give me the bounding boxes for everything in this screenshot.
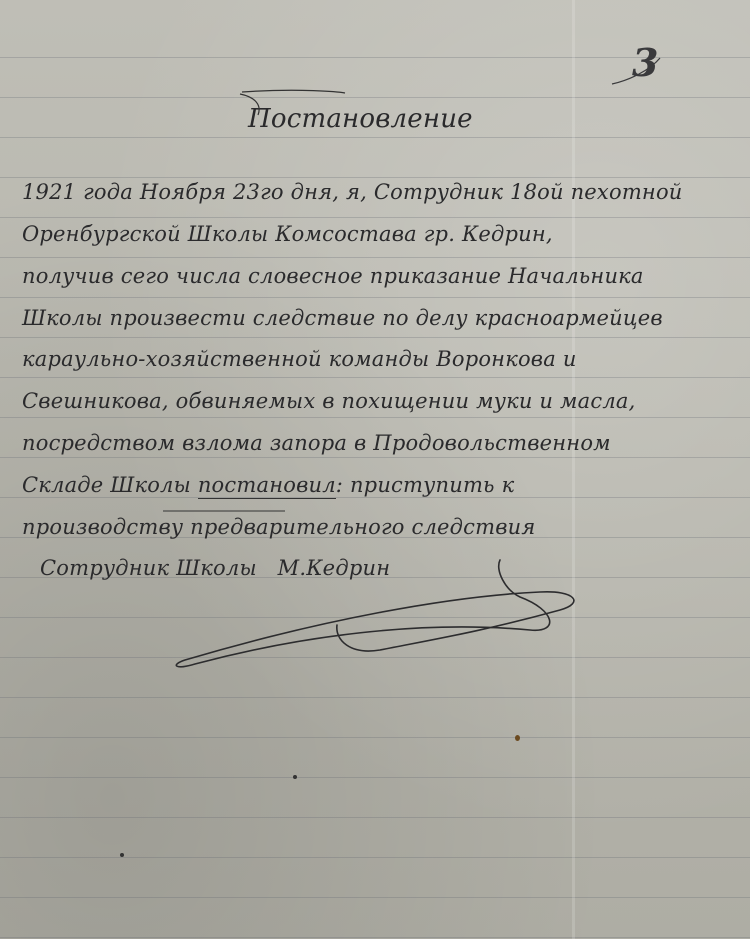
document-page: 3 Постановление 1921 года Ноября 23го дн…: [0, 0, 750, 939]
signature-flourish: [0, 0, 750, 939]
